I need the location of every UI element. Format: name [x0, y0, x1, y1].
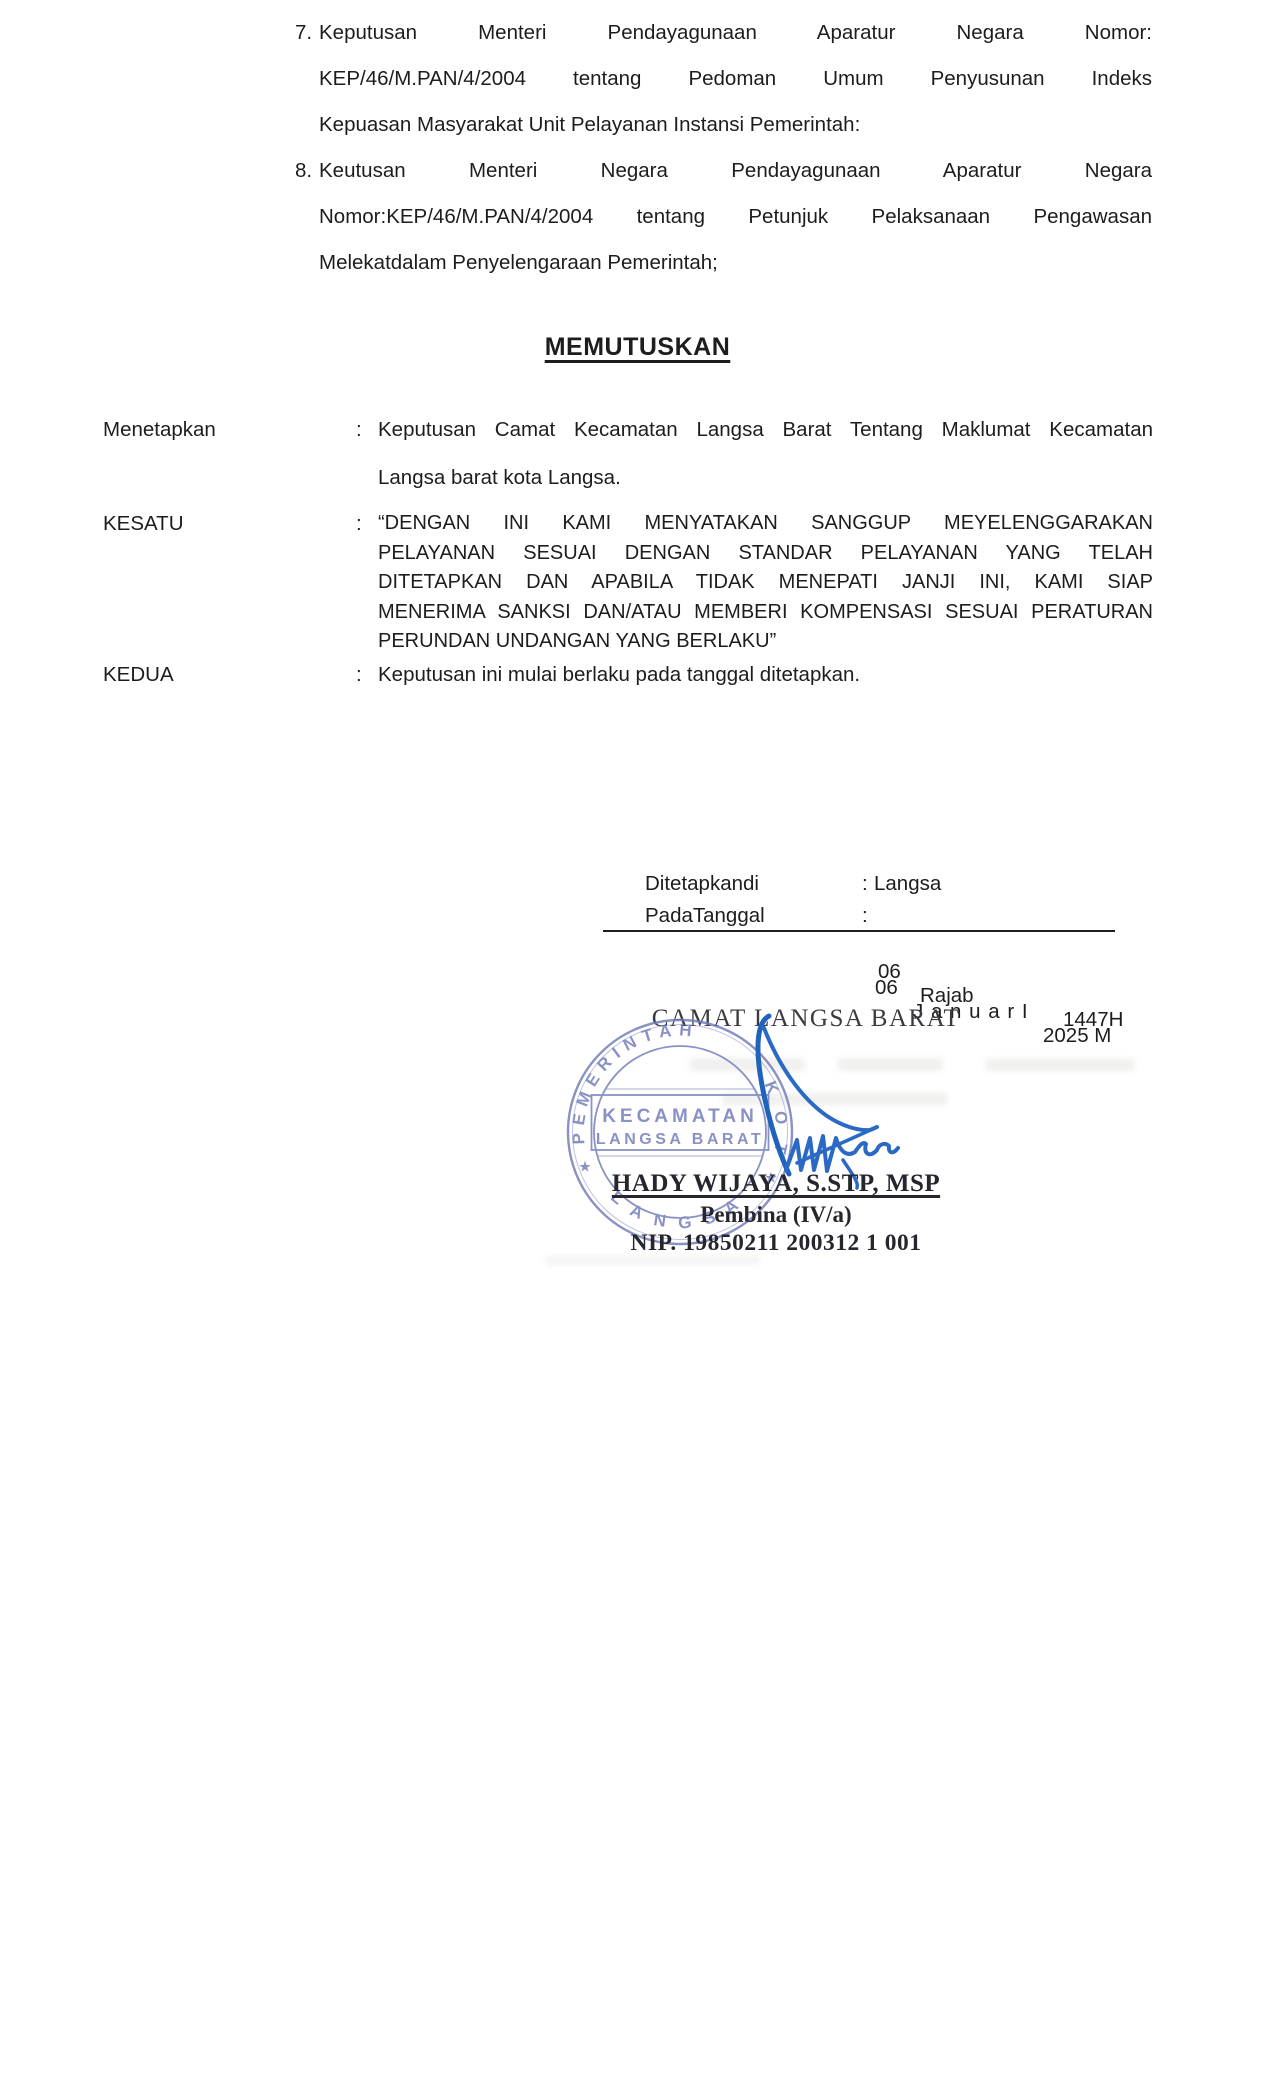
clause-line: “DENGAN INI KAMI MENYATAKAN SANGGUP MEYE…: [378, 509, 1153, 539]
clause-line: PELAYANAN SESUAI DENGAN STANDAR PELAYANA…: [378, 539, 1153, 569]
date-underline: [603, 930, 1115, 932]
clause-colon: :: [356, 406, 362, 454]
list-line: Nomor:KEP/46/M.PAN/4/2004 tentang Petunj…: [319, 194, 1152, 240]
list-line: Keputusan Menteri Pendayagunaan Aparatur…: [319, 10, 1152, 56]
signoff-hijri-row: 06 Rajab 1447H: [645, 936, 1115, 966]
signature-main-stroke: [758, 1016, 789, 1174]
list-item-body: Keutusan Menteri Negara Pendayagunaan Ap…: [319, 148, 1152, 286]
place-label: Ditetapkandi: [645, 872, 759, 896]
clause-text: Keputusan ini mulai berlaku pada tanggal…: [378, 661, 1153, 689]
decision-heading-text: MEMUTUSKAN: [545, 333, 731, 361]
stamp-center-line2: LANGSA BARAT: [596, 1131, 764, 1148]
list-line: Keutusan Menteri Negara Pendayagunaan Ap…: [319, 148, 1152, 194]
list-line: KEP/46/M.PAN/4/2004 tentang Pedoman Umum…: [319, 56, 1152, 102]
clause-line: Keputusan Camat Kecamatan Langsa Barat T…: [378, 406, 1153, 454]
place-value: Langsa: [874, 872, 941, 896]
signature-branch-stroke: [764, 1028, 877, 1130]
clause-line: MENERIMA SANKSI DAN/ATAU MEMBERI KOMPENS…: [378, 598, 1153, 628]
clause-text: Keputusan Camat Kecamatan Langsa Barat T…: [378, 406, 1153, 502]
scan-artifact: [985, 1059, 1135, 1071]
date-colon: :: [862, 904, 868, 928]
clause-colon: :: [356, 661, 362, 689]
official-name-block: HADY WIJAYA, S.STP, MSP Pembina (IV/a) N…: [556, 1170, 996, 1257]
place-colon: :: [862, 872, 868, 896]
clause-text: “DENGAN INI KAMI MENYATAKAN SANGGUP MEYE…: [378, 509, 1153, 657]
signature: [745, 1008, 920, 1193]
clause-colon: :: [356, 509, 362, 539]
clause-label: Menetapkan: [103, 406, 216, 454]
official-rank: Pembina (IV/a): [556, 1202, 996, 1228]
stamp-center-line1: KECAMATAN: [602, 1106, 758, 1127]
hijri-year: 1447H: [1063, 1008, 1123, 1032]
list-line: Melekatdalam Penyelengaraan Pemerintah;: [319, 240, 1152, 286]
date-label: PadaTanggal: [645, 904, 765, 928]
document-page: 7. Keputusan Menteri Pendayagunaan Apara…: [0, 0, 1275, 2100]
signoff-place-row: Ditetapkandi : Langsa: [645, 872, 1115, 902]
clause-label: KEDUA: [103, 661, 174, 689]
clause-line: PERUNDAN UNDANGAN YANG BERLAKU”: [378, 627, 1153, 657]
clause-line: Keputusan ini mulai berlaku pada tanggal…: [378, 661, 1153, 689]
list-number: 8.: [295, 148, 319, 194]
list-item-body: Keputusan Menteri Pendayagunaan Aparatur…: [319, 10, 1152, 148]
hijri-day: 06: [878, 960, 901, 984]
clause-line: DITETAPKAN DAN APABILA TIDAK MENEPATI JA…: [378, 568, 1153, 598]
official-name: HADY WIJAYA, S.STP, MSP: [556, 1170, 996, 1198]
decision-heading: MEMUTUSKAN: [0, 333, 1275, 362]
clause-label: KESATU: [103, 509, 184, 539]
list-line: Kepuasan Masyarakat Unit Pelayanan Insta…: [319, 102, 1152, 148]
official-nip: NIP. 19850211 200312 1 001: [556, 1230, 996, 1257]
clause-line: Langsa barat kota Langsa.: [378, 454, 1153, 502]
list-number: 7.: [295, 10, 319, 56]
